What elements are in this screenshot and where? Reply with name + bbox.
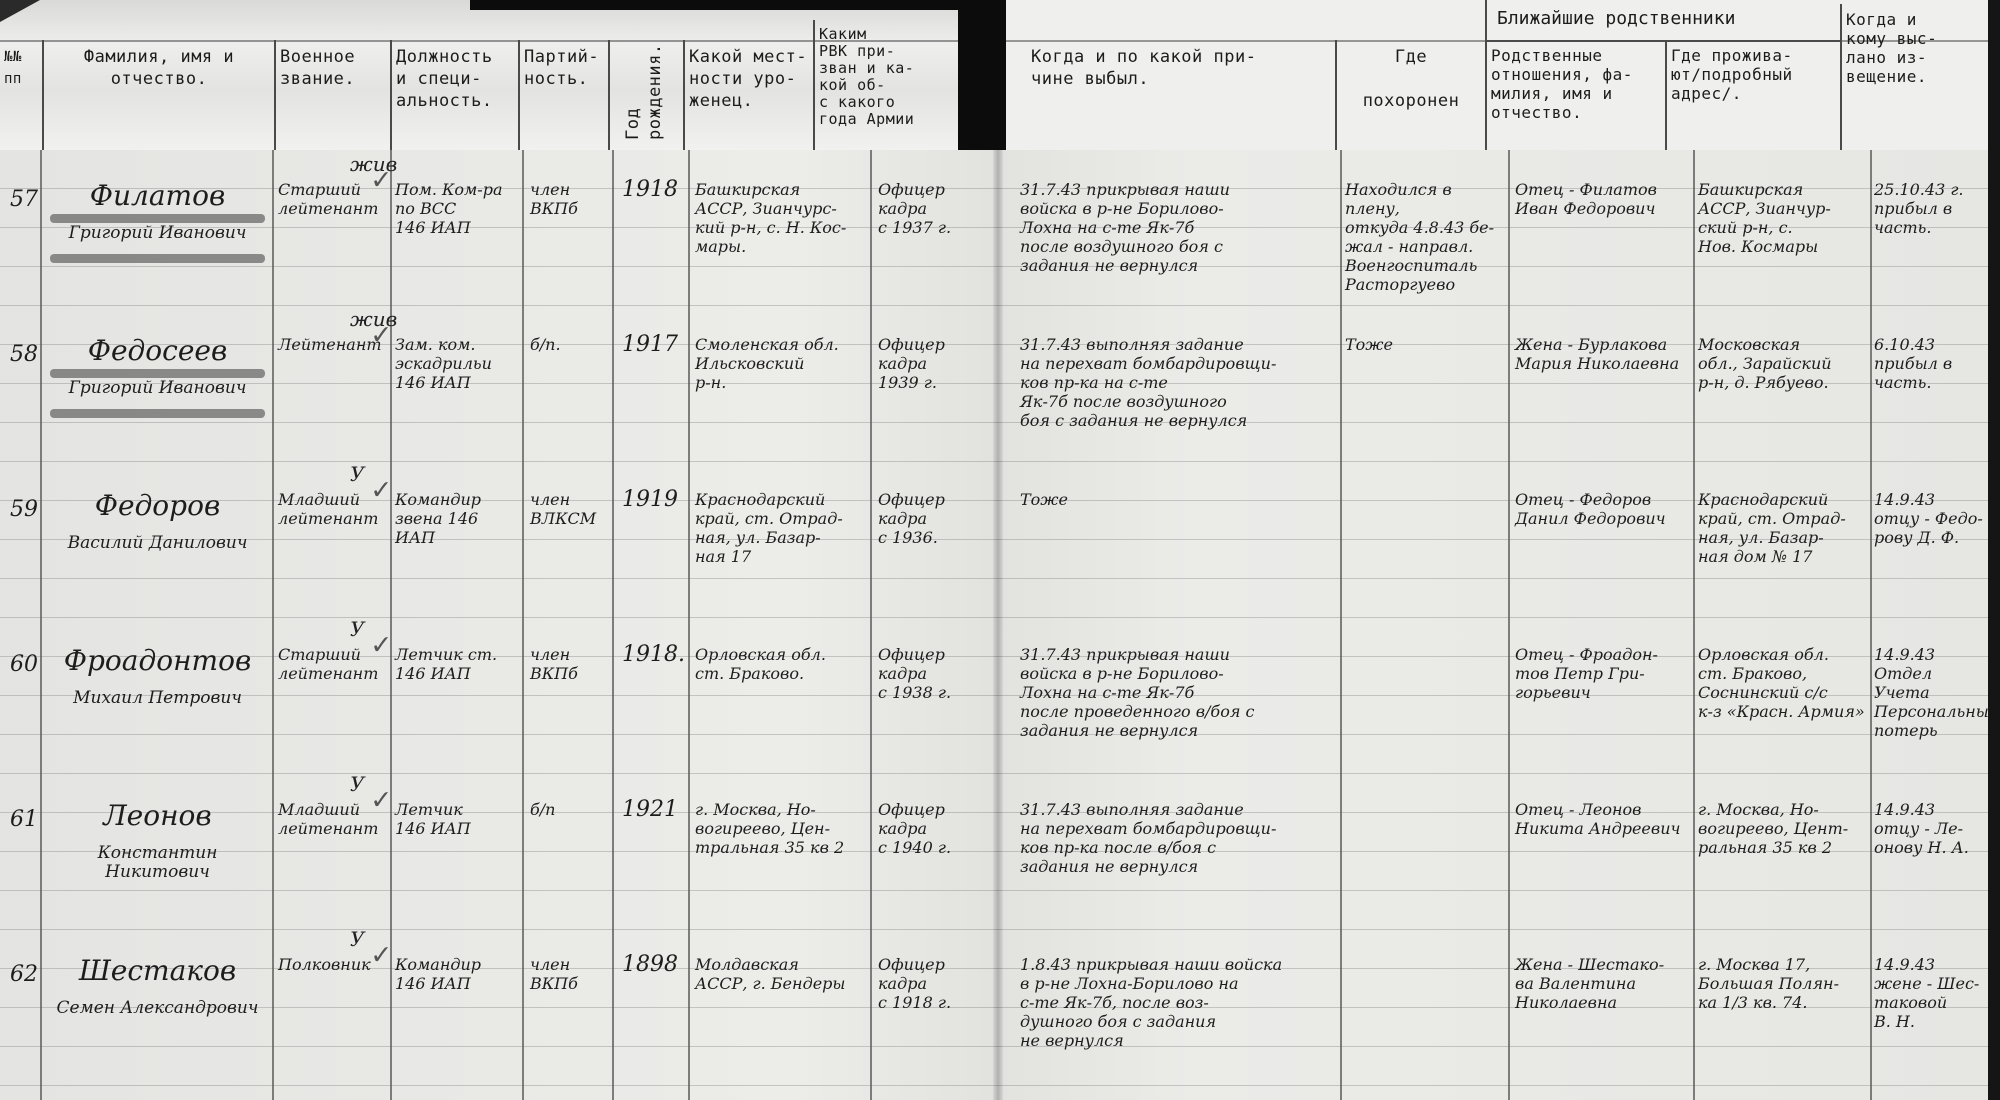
cell-party: член ВКПб [530, 645, 610, 683]
cell-rvk: Офицер кадра с 1918 г. [878, 955, 988, 1012]
column-rule [522, 150, 524, 1100]
cell-position: Зам. ком. эскадрильи 146 ИАП [395, 335, 520, 392]
column-rule [612, 150, 614, 1100]
cell-birthplace: г. Москва, Но- вогиреево, Цен- тральная … [695, 800, 865, 857]
checkmark-icon: ✓ [372, 627, 390, 662]
cell-relation: Отец - Леонов Никита Андреевич [1515, 800, 1690, 838]
cell-buried: Тоже [1345, 335, 1505, 354]
cell-birthplace: Орловская обл. ст. Браково. [695, 645, 865, 683]
cell-when-why: 31.7.43 выполняя задание на перехват бом… [1020, 800, 1340, 876]
cell-rvk: Офицер кадра 1939 г. [878, 335, 988, 392]
checkmark-icon: ✓ [372, 937, 390, 972]
cell-buried: Находился в плену, откуда 4.8.43 бе- жал… [1345, 180, 1505, 294]
cell-birth-year: 1918. [622, 645, 687, 664]
given-names: Константин Никитович [45, 844, 270, 882]
cell-no: 57 [10, 190, 40, 209]
cell-rvk: Офицер кадра с 1938 г. [878, 645, 988, 702]
cell-address: Башкирская АССР, Зианчур- ский р-н, с. Н… [1698, 180, 1868, 256]
cell-party: член ВЛКСМ [530, 490, 610, 528]
column-rule [1870, 150, 1872, 1100]
cell-party: б/п [530, 800, 610, 819]
cell-address: г. Москва 17, Большая Полян- ка 1/3 кв. … [1698, 955, 1868, 1012]
cell-when-why: Тоже [1020, 490, 1340, 509]
cell-birth-year: 1917 [622, 335, 687, 354]
checkmark-icon: ✓ [372, 317, 390, 352]
cell-birth-year: 1918 [622, 180, 687, 199]
surname: Фроадонтов [45, 645, 270, 677]
header-col-rvk: Каким РВК при- зван и ка- кой об- с како… [813, 20, 958, 150]
checkmark-icon: ✓ [372, 472, 390, 507]
header-col-birth-year: Год рождения. [608, 40, 683, 150]
header-col-address: Где прожива- ют/подробный адрес/. [1665, 40, 1840, 150]
cell-birth-year: 1919 [622, 490, 687, 509]
cell-when-why: 1.8.43 прикрывая наши войска в р-не Лохн… [1020, 955, 1340, 1050]
given-names: Семен Александрович [45, 999, 270, 1018]
highlight-underline [50, 214, 265, 223]
status-annotation: У [350, 772, 364, 796]
cell-birthplace: Молдавская АССР, г. Бендеры [695, 955, 865, 993]
cell-address: г. Москва, Но- вогиреево, Цент- ральная … [1698, 800, 1868, 857]
cell-party: член ВКПб [530, 180, 610, 218]
given-names: Михаил Петрович [45, 689, 270, 708]
given-names: Григорий Иванович [45, 379, 270, 398]
header-col-when-why: Когда и по какой при- чине выбыл. [1005, 40, 1335, 150]
cell-no: 59 [10, 500, 40, 519]
surname: Федосеев [45, 335, 270, 367]
cell-relation: Отец - Филатов Иван Федорович [1515, 180, 1690, 218]
cell-when-why: 31.7.43 прикрывая наши войска в р-не Бор… [1020, 180, 1340, 275]
cell-birthplace: Краснодарский край, ст. Отрад- ная, ул. … [695, 490, 865, 566]
column-rule [40, 150, 42, 1100]
cell-no: 58 [10, 345, 40, 364]
header-col-number: №№ пп [0, 40, 42, 150]
status-annotation: У [350, 462, 364, 486]
cell-address: Московская обл., Зарайский р-н, д. Рябуе… [1698, 335, 1868, 392]
cell-rvk: Офицер кадра с 1936. [878, 490, 988, 547]
cell-party: член ВКПб [530, 955, 610, 993]
header-col-party: Партий- ность. [518, 40, 608, 150]
cell-no: 60 [10, 655, 40, 674]
book-fold [993, 150, 1003, 1100]
cell-position: Пом. Ком-ра по ВСС 146 ИАП [395, 180, 520, 237]
cell-party: б/п. [530, 335, 610, 354]
header-col-relation: Родственные отношения, фа- милия, имя и … [1485, 40, 1665, 150]
cell-when-why: 31.7.43 прикрывая наши войска в р-не Бор… [1020, 645, 1340, 740]
column-rule [688, 150, 690, 1100]
page-gap [958, 0, 1006, 150]
surname: Леонов [45, 800, 270, 832]
header-col-birthplace: Какой мест- ности уро- женец. [683, 40, 813, 150]
column-rule [1693, 150, 1695, 1100]
header-col-birth-year-text: Год рождения. [622, 43, 666, 140]
cell-notified: 14.9.43 Отдел Учета Персональных потерь [1874, 645, 1984, 740]
checkmark-icon: ✓ [372, 162, 390, 197]
surname: Филатов [45, 180, 270, 212]
cell-position: Летчик ст. 146 ИАП [395, 645, 520, 683]
column-rule [870, 150, 872, 1100]
cell-address: Краснодарский край, ст. Отрад- ная, ул. … [1698, 490, 1868, 566]
cell-relation: Отец - Фроадон- тов Петр Гри- горьевич [1515, 645, 1690, 702]
cell-no: 61 [10, 810, 40, 829]
cell-when-why: 31.7.43 выполняя задание на перехват бом… [1020, 335, 1340, 430]
header-col-buried: Где похоронен [1335, 40, 1485, 150]
cell-position: Летчик 146 ИАП [395, 800, 520, 838]
cell-notified: 14.9.43 отцу - Ле- онову Н. А. [1874, 800, 1984, 857]
column-rule [390, 150, 392, 1100]
cell-notified: 25.10.43 г. прибыл в часть. [1874, 180, 1984, 237]
header-col-name: Фамилия, имя и отчество. [42, 40, 274, 150]
column-rule [1340, 150, 1342, 1100]
header-group-relatives: Ближайшие родственники [1485, 0, 1840, 42]
cell-relation: Отец - Федоров Данил Федорович [1515, 490, 1690, 528]
cell-birthplace: Смоленская обл. Ильсковский р-н. [695, 335, 865, 392]
surname: Федоров [45, 490, 270, 522]
header-col-position: Должность и специ- альность. [390, 40, 518, 150]
cell-rvk: Офицер кадра с 1940 г. [878, 800, 988, 857]
cell-relation: Жена - Шестако- ва Валентина Николаевна [1515, 955, 1690, 1012]
cell-notified: 6.10.43 прибыл в часть. [1874, 335, 1984, 392]
cell-notified: 14.9.43 отцу - Федо- рову Д. Ф. [1874, 490, 1984, 547]
cell-rvk: Офицер кадра с 1937 г. [878, 180, 988, 237]
cell-birthplace: Башкирская АССР, Зианчурс- кий р-н, с. Н… [695, 180, 865, 256]
cell-no: 62 [10, 965, 40, 984]
column-rule [272, 150, 274, 1100]
cell-birth-year: 1898 [622, 955, 687, 974]
highlight-underline [50, 369, 265, 378]
cell-notified: 14.9.43 жене - Шес- таковой В. Н. [1874, 955, 1984, 1031]
cell-position: Командир 146 ИАП [395, 955, 520, 993]
status-annotation: У [350, 927, 364, 951]
highlight-underline [50, 409, 265, 418]
highlight-underline [50, 254, 265, 263]
scan-edge [1988, 0, 2000, 1100]
cell-birth-year: 1921 [622, 800, 687, 819]
given-names: Григорий Иванович [45, 224, 270, 243]
cell-relation: Жена - Бурлакова Мария Николаевна [1515, 335, 1690, 373]
header-col-rank: Военное звание. [274, 40, 390, 150]
cell-position: Командир звена 146 ИАП [395, 490, 520, 547]
surname: Шестаков [45, 955, 270, 987]
checkmark-icon: ✓ [372, 782, 390, 817]
cell-address: Орловская обл. ст. Браково, Соснинский с… [1698, 645, 1868, 721]
status-annotation: У [350, 617, 364, 641]
given-names: Василий Данилович [45, 534, 270, 553]
column-rule [1508, 150, 1510, 1100]
torn-edge [470, 0, 980, 10]
header-col-notified: Когда и кому выс- лано из- вещение. [1840, 4, 1988, 150]
